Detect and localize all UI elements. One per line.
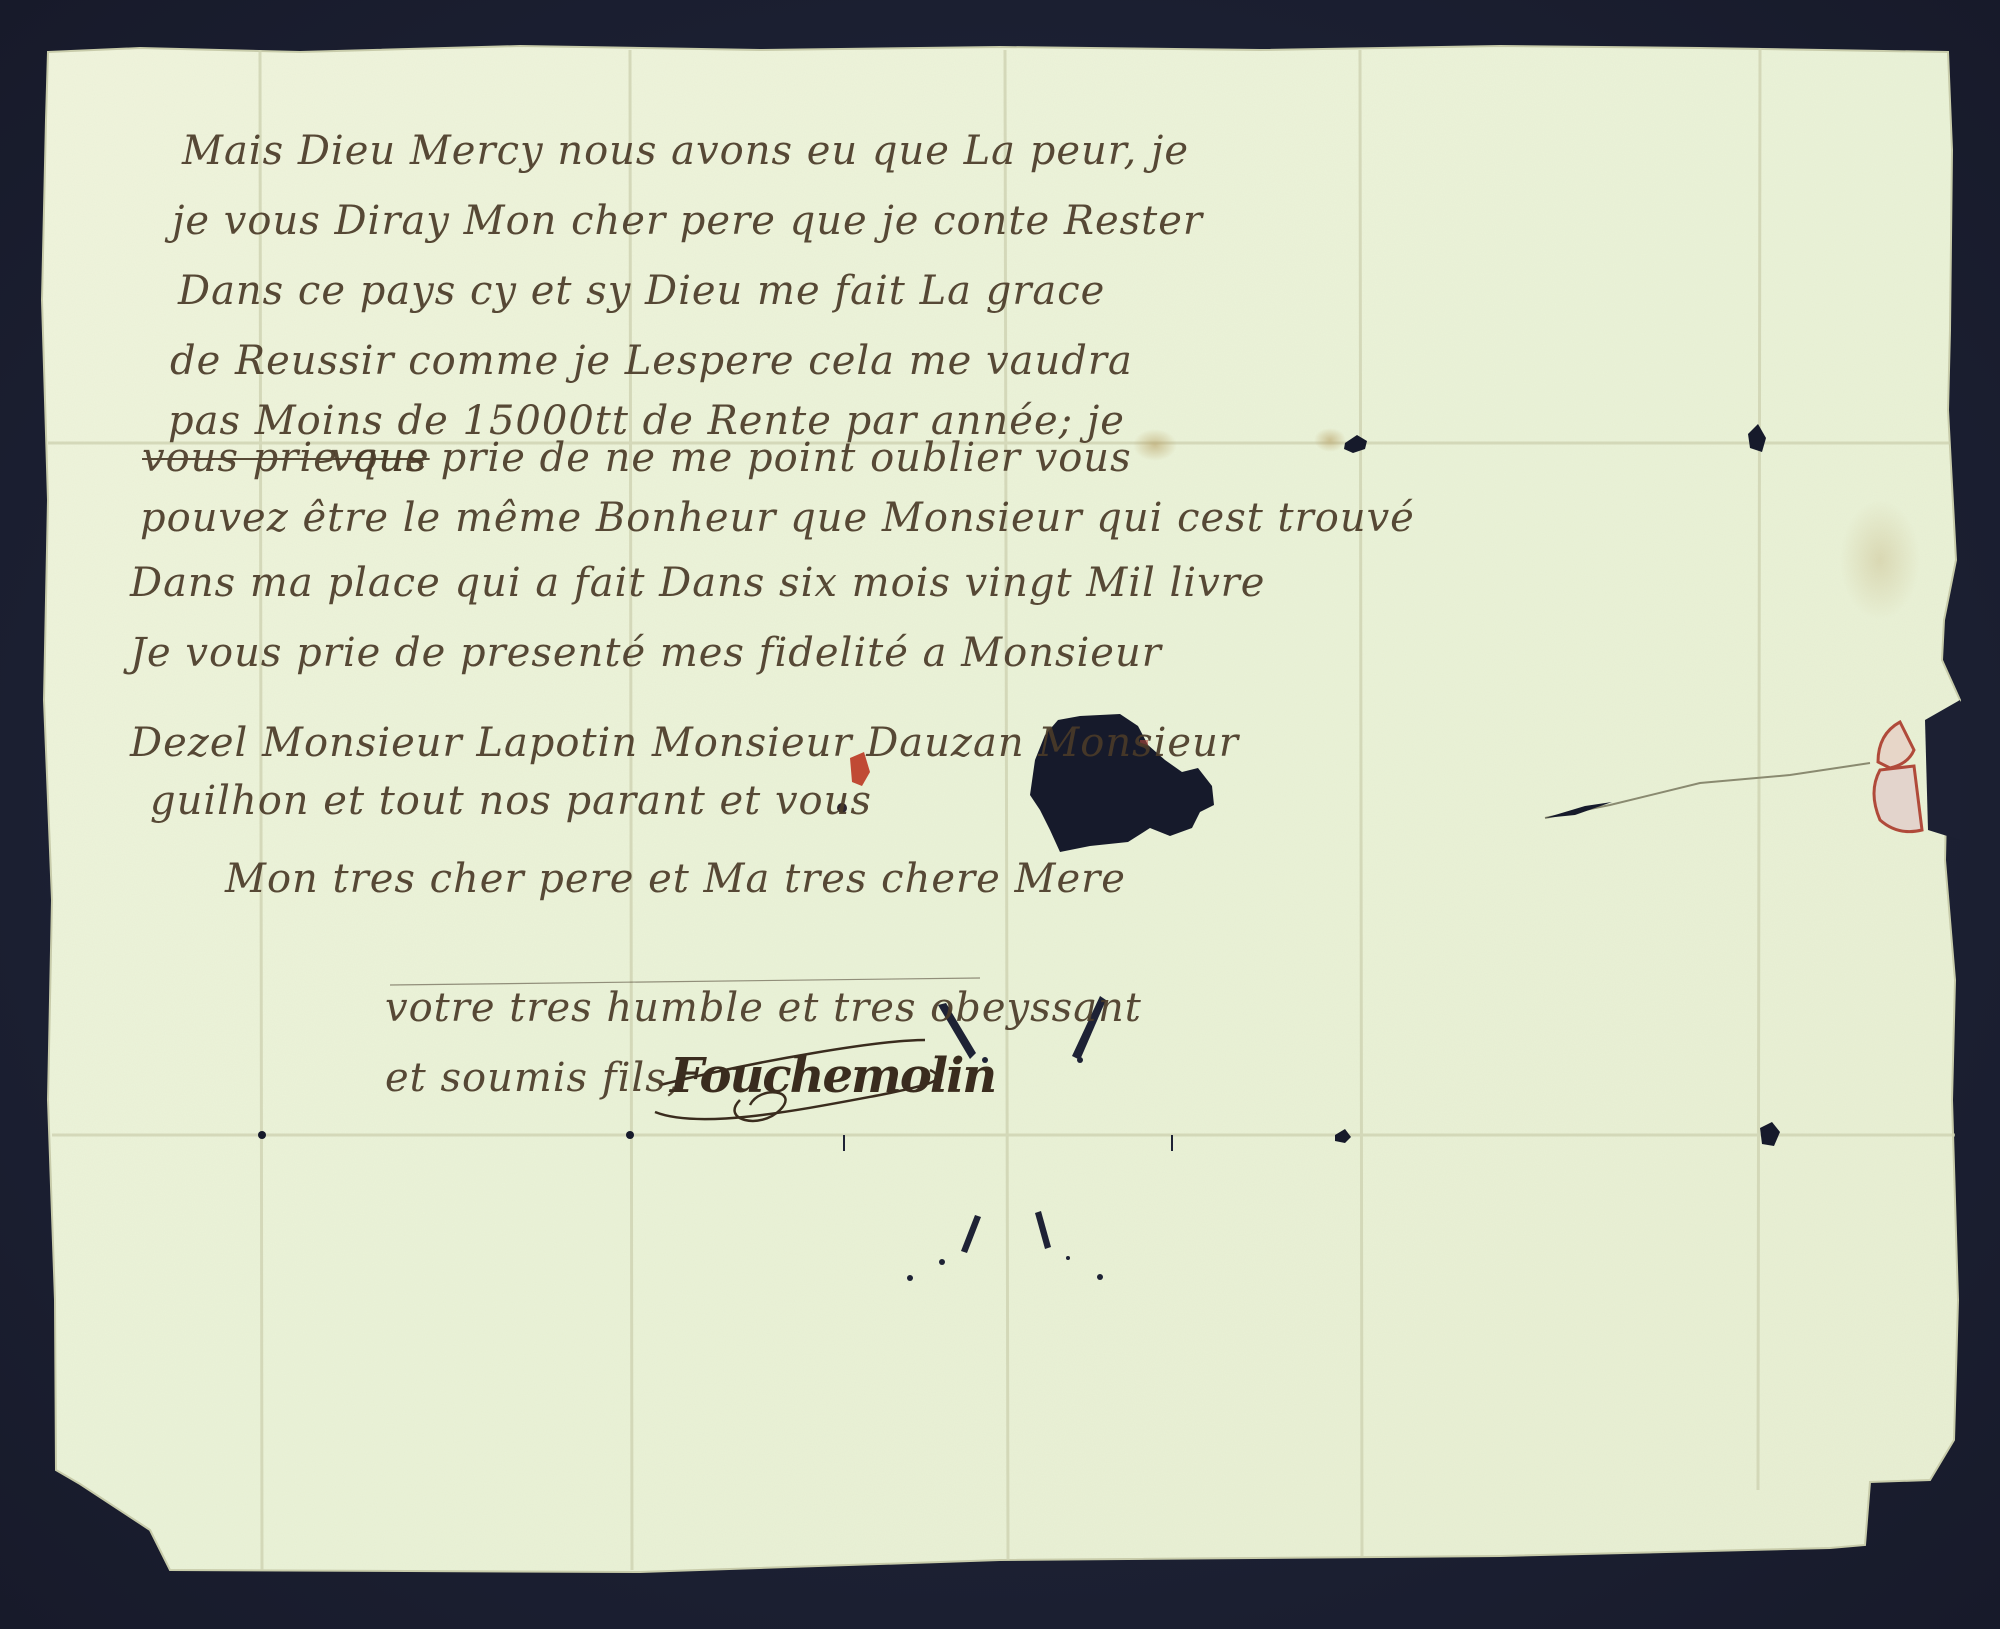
letter-line-1: Mais Dieu Mercy nous avons eu que La peu…: [182, 128, 1189, 174]
letter-line-9: Je vous prie de presenté mes fidelité a …: [130, 630, 1162, 676]
letter-line-6-rest: vous prie de ne me point oublier vous: [330, 435, 1132, 481]
letter-text: Mais Dieu Mercy nous avons eu que La peu…: [0, 0, 2000, 1629]
letter-line-3: Dans ce pays cy et sy Dieu me fait La gr…: [178, 268, 1105, 314]
letter-line-11: guilhon et tout nos parant et vous: [150, 778, 872, 824]
letter-line-8: Dans ma place qui a fait Dans six mois v…: [130, 560, 1265, 606]
signature: Fouchemolin: [670, 1048, 995, 1104]
salutation-line: Mon tres cher pere et Ma tres chere Mere: [225, 856, 1126, 902]
closing-line-1: votre tres humble et tres obeyssant: [385, 985, 1142, 1031]
letter-line-4: de Reussir comme je Lespere cela me vaud…: [170, 338, 1133, 384]
letter-line-7: pouvez être le même Bonheur que Monsieur…: [140, 495, 1415, 541]
closing-line-2: et soumis fils,: [385, 1055, 680, 1101]
letter-line-2: je vous Diray Mon cher pere que je conte…: [172, 198, 1203, 244]
letter-line-10: Dezel Monsieur Lapotin Monsieur Dauzan M…: [130, 720, 1239, 766]
